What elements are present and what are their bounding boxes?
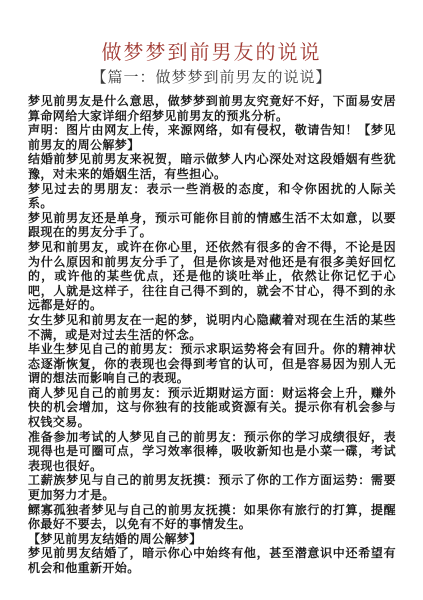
paragraph: 毕业生梦见自己的前男友：预示求职运势将会有回升。你的精神状态逐渐恢复，你的表现也…	[28, 342, 396, 386]
document-page: 做梦梦到前男友的说说 【篇一：做梦梦到前男友的说说】 梦见前男友是什么意思，做梦…	[0, 0, 423, 600]
paragraph-intro: 梦见前男友是什么意思，做梦梦到前男友究竟好不好，下面易安居算命网给大家详细介绍梦…	[28, 94, 396, 123]
paragraph: 梦见过去的男朋友：表示一些消极的态度，和令你困扰的人际关系。	[28, 182, 396, 211]
paragraph: 工薪族梦见与自己的前男友抚摸：预示了你的工作方面运势：需要更加努力才是。	[28, 473, 396, 502]
paragraph-disclaimer: 声明：图片由网友上传，来源网络，如有侵权，敬请告知！【梦见前男友的周公解梦】	[28, 123, 396, 152]
paragraph: 结婚前梦见前男友来祝贺，暗示做梦人内心深处对这段婚姻有些犹豫，对未来的婚姻生活，…	[28, 152, 396, 181]
paragraph: 商人梦见自己的前男友：预示近期财运方面：财运将会上升，赚外快的机会增加，这与你独…	[28, 386, 396, 430]
paragraph: 梦见前男友还是单身，预示可能你目前的情感生活不太如意，以要跟现在的男友分手了。	[28, 211, 396, 240]
document-body: 梦见前男友是什么意思，做梦梦到前男友究竟好不好，下面易安居算命网给大家详细介绍梦…	[28, 94, 396, 576]
paragraph: 准备参加考试的人梦见自己的前男友：预示你的学习成绩很好，表现得也是可圈可点，学习…	[28, 430, 396, 474]
paragraph: 女生梦见和前男友在一起的梦，说明内心隐藏着对现在生活的某些不满，或是对过去生活的…	[28, 313, 396, 342]
paragraph: 梦见前男友结婚了，暗示你心中始终有他，甚至潜意识中还希望有机会和他重新开始。	[28, 546, 396, 575]
paragraph-subheading: 【梦见前男友结婚的周公解梦】	[28, 532, 396, 547]
document-title: 做梦梦到前男友的说说	[0, 42, 423, 65]
section-heading: 【篇一：做梦梦到前男友的说说】	[0, 69, 423, 87]
paragraph: 鳏寡孤独者梦见与自己的前男友抚摸：如果你有旅行的打算，提醒你最好不要去，以免有不…	[28, 503, 396, 532]
paragraph: 梦见和前男友，或许在你心里，还依然有很多的舍不得，不论是因为什么原因和前男友分手…	[28, 240, 396, 313]
